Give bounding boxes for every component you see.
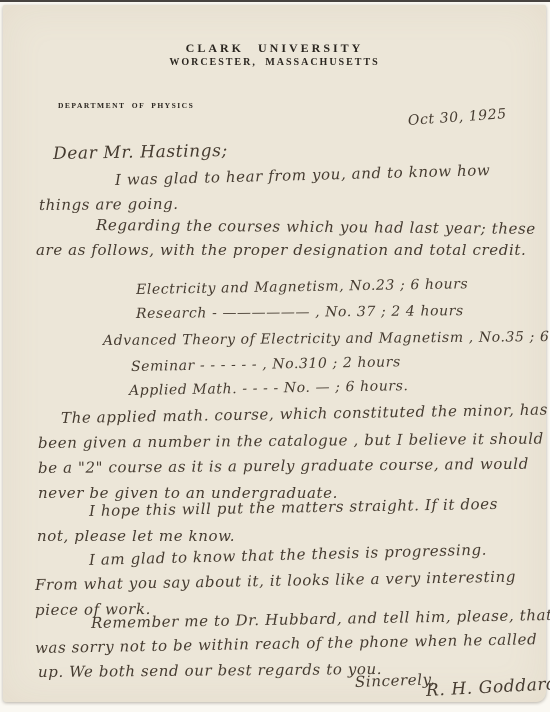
- handwritten-line: been given a number in the catalogue , b…: [38, 430, 544, 452]
- handwritten-line: be a "2" course as it is a purely gradua…: [38, 455, 529, 477]
- handwritten-line: up. We both send our best regards to you…: [38, 660, 382, 681]
- handwritten-line: Applied Math. - - - - No. — ; 6 hours.: [129, 378, 409, 399]
- handwritten-line: not, please let me know.: [37, 527, 235, 545]
- scan-edge: [0, 0, 550, 2]
- handwritten-line: Remember me to Dr. Hubbard, and tell him…: [91, 606, 550, 632]
- handwritten-line: was sorry not to be within reach of the …: [35, 630, 538, 657]
- handwritten-line: are as follows, with the proper designat…: [36, 241, 526, 259]
- letterhead-university: CLARK UNIVERSITY: [3, 41, 546, 56]
- handwritten-line: The applied math. course, which constitu…: [61, 400, 550, 427]
- handwritten-line: Seminar - - - - - - , No.310 ; 2 hours: [131, 354, 401, 375]
- letter-date: Oct 30, 1925: [407, 106, 507, 129]
- letter-signature: R. H. Goddard: [425, 674, 550, 701]
- letter-paper: CLARK UNIVERSITY WORCESTER, MASSACHUSETT…: [3, 5, 546, 702]
- letterhead-department: DEPARTMENT OF PHYSICS: [58, 101, 194, 110]
- letter-closing: Sincerely,: [355, 670, 436, 691]
- scanned-letter: CLARK UNIVERSITY WORCESTER, MASSACHUSETT…: [0, 0, 550, 712]
- handwritten-line: I was glad to hear from you, and to know…: [115, 161, 491, 189]
- handwritten-line: Advanced Theory of Electricity and Magne…: [103, 329, 550, 349]
- handwritten-line: Regarding the courses which you had last…: [96, 216, 536, 238]
- handwritten-line: From what you say about it, it looks lik…: [35, 568, 516, 594]
- letterhead-location: WORCESTER, MASSACHUSETTS: [3, 57, 546, 68]
- handwritten-line: Electricity and Magnetism, No.23 ; 6 hou…: [136, 276, 469, 298]
- handwritten-line: Research - —————— , No. 37 ; 2 4 hours: [136, 303, 464, 322]
- letter-salutation: Dear Mr. Hastings;: [53, 141, 228, 164]
- handwritten-line: things are going.: [39, 195, 179, 214]
